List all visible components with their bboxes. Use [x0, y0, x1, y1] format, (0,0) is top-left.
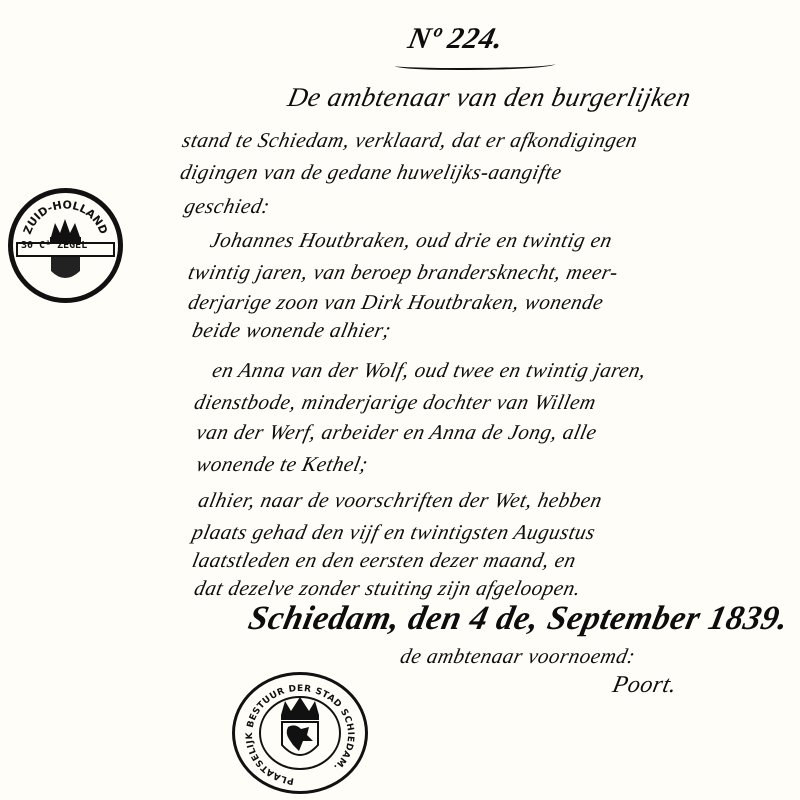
text-line-13: alhier, naar de voorschriften der Wet, h… [196, 488, 604, 513]
dateline: Schiedam, den 4 de, September 1839. [245, 600, 792, 638]
text-line-10: dienstbode, minderjarige dochter van Wil… [192, 390, 599, 415]
text-line-14: plaats gehad den vijf en twintigsten Aug… [190, 520, 598, 545]
text-line-3: digingen van de gedane huwelijks-aangift… [178, 160, 564, 185]
text-line-12: wonende te Kethel; [194, 452, 370, 477]
text-line-1: De ambtenaar van den burgerlijken [285, 82, 694, 113]
official-seal: PLAATSELIJK BESTUUR DER STAD SCHIEDAM. [232, 672, 368, 794]
record-number: Nº 224. [405, 22, 506, 56]
closing-line: de ambtenaar voornoemd: [398, 644, 638, 669]
text-line-16: dat dezelve zonder stuiting zijn afgeloo… [192, 576, 583, 601]
signature: Poort. [610, 672, 679, 699]
text-line-11: van der Werf, arbeider en Anna de Jong, … [194, 420, 599, 445]
text-line-7: derjarige zoon van Dirk Houtbraken, wone… [186, 290, 606, 315]
text-line-6: twintig jaren, van beroep brandersknecht… [186, 260, 621, 285]
text-line-5: Johannes Houtbraken, oud drie en twintig… [208, 228, 615, 253]
tax-stamp: ZUID-HOLLAND 30 C¹ ZEGEL [8, 188, 123, 303]
text-line-8: beide wonende alhier; [190, 318, 394, 343]
text-line-15: laatstleden en den eersten dezer maand, … [190, 548, 578, 573]
civil-record-page: Nº 224. De ambtenaar van den burgerlijke… [0, 0, 800, 800]
tax-stamp-value: 30 C¹ ZEGEL [21, 240, 87, 251]
text-line-4: geschied: [182, 194, 272, 219]
official-seal-graphic: PLAATSELIJK BESTUUR DER STAD SCHIEDAM. [235, 675, 365, 791]
text-line-2: stand te Schiedam, verklaard, dat er afk… [180, 128, 640, 153]
text-line-9: en Anna van der Wolf, oud twee en twinti… [210, 358, 649, 383]
number-underline-flourish [395, 60, 555, 70]
